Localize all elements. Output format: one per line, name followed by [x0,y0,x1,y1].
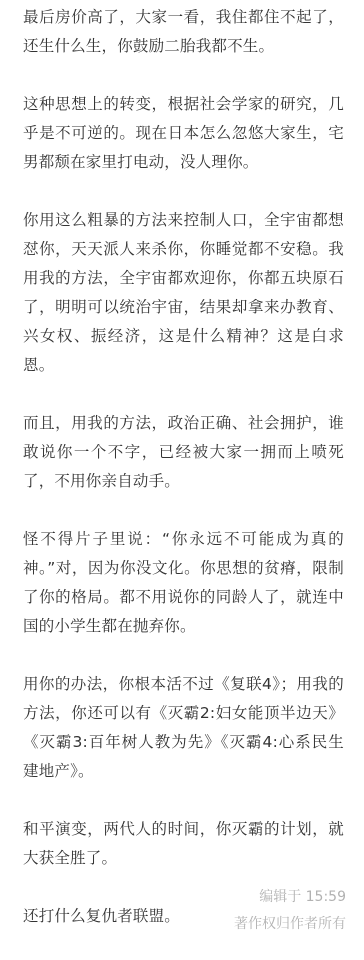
edited-time: 编辑于 15:59 [234,884,346,911]
paragraph-4: 而且，用我的方法，政治正确、社会拥护，谁敢说你一个不字，已经被大家一拥而上喷死了… [23,409,344,496]
paragraph-2: 这种思想上的转变，根据社会学家的研究，几乎是不可逆的。现在日本怎么忽悠大家生，宅… [23,90,344,177]
article-meta: 编辑于 15:59 著作权归作者所有 [234,884,346,938]
paragraph-5: 怪不得片子里说：“你永远不可能成为真的神。”对，因为你没文化。你思想的贫瘠，限制… [23,525,344,641]
paragraph-1: 最后房价高了，大家一看，我住都住不起了，还生什么生，你鼓励二胎我都不生。 [23,3,344,61]
paragraph-7: 和平演变，两代人的时间，你灭霸的计划，就大获全胜了。 [23,815,344,873]
paragraph-3: 你用这么粗暴的方法来控制人口，全宇宙都想怼你，天天派人来杀你，你睡觉都不安稳。我… [23,206,344,380]
article-body: 最后房价高了，大家一看，我住都住不起了，还生什么生，你鼓励二胎我都不生。 这种思… [0,0,364,931]
paragraph-6: 用你的办法，你根本活不过《复联4》；用我的方法，你还可以有《灭霸2:妇女能顶半边… [23,670,344,786]
copyright-notice: 著作权归作者所有 [234,911,346,938]
